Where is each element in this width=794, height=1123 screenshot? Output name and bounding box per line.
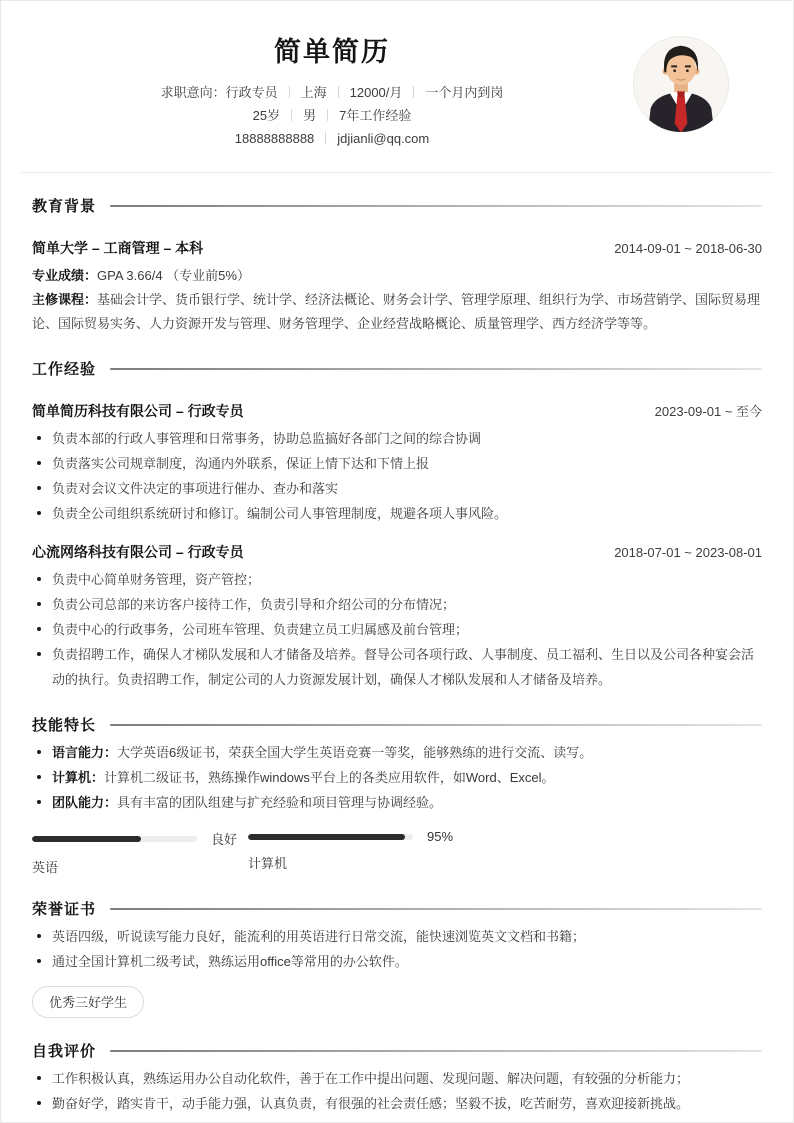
separator: [413, 86, 414, 98]
job-entry: 心流网络科技有限公司 – 行政专员 2018-07-01 ~ 2023-08-0…: [32, 542, 762, 692]
skill-bar-english: 良好 英语: [32, 829, 248, 876]
gpa-label: 专业成绩：: [32, 268, 97, 283]
avatar-container: [632, 35, 762, 133]
section-rule: [110, 205, 762, 207]
bullet-text: 工作积极认真，熟练运用办公自动化软件，善于在工作中提出问题、发现问题、解决问题，…: [52, 1066, 762, 1091]
bullet-dot: [37, 486, 41, 490]
job-date-range: 2023-09-01 ~ 至今: [655, 401, 762, 420]
bullet-dot: [37, 652, 41, 656]
bullet-text: 英语四级，听说读写能力良好，能流利的用英语进行日常交流，能快速浏览英文文档和书籍…: [52, 924, 762, 949]
bullet-dot: [37, 577, 41, 581]
gender: 男: [303, 108, 316, 123]
contact-row-profile: 25岁男7年工作经验: [32, 104, 632, 127]
bullet-text: 负责对会议文件决定的事项进行催办、查办和落实: [52, 476, 762, 501]
job-bullet-list: 负责中心简单财务管理，资产管控； 负责公司总部的来访客户接待工作，负责引导和介绍…: [32, 567, 762, 692]
resume-page: 简单简历 求职意向：行政专员上海12000/月一个月内到岗 25岁男7年工作经验…: [0, 0, 794, 1123]
bullet-text: 负责公司总部的来访客户接待工作，负责引导和介绍公司的分布情况；: [52, 592, 762, 617]
phone-number: 18888888888: [235, 131, 315, 146]
skill-label: 计算机：: [52, 770, 104, 785]
section-header: 自我评价: [32, 1040, 762, 1061]
skill-bar-level-label: 95%: [427, 829, 453, 844]
bullet-dot: [37, 461, 41, 465]
contact-row-intent: 求职意向：行政专员上海12000/月一个月内到岗: [32, 81, 632, 104]
bullet-dot: [37, 959, 41, 963]
page-title: 简单简历: [32, 37, 632, 67]
company-line: 心流网络科技有限公司 – 行政专员: [32, 542, 244, 562]
section-rule: [110, 908, 762, 910]
bullet-item: 团队能力：具有丰富的团队组建与扩充经验和项目管理与协调经验。: [32, 790, 762, 815]
bullet-dot: [37, 1076, 41, 1080]
skill-text: 计算机二级证书，熟练操作windows平台上的各类应用软件，如Word、Exce…: [104, 770, 554, 785]
honors-bullet-list: 英语四级，听说读写能力良好，能流利的用英语进行日常交流，能快速浏览英文文档和书籍…: [32, 924, 762, 974]
bullet-item: 负责中心的行政事务，公司班车管理、负责建立员工归属感及前台管理；: [32, 617, 762, 642]
salary: 12000/月: [350, 85, 403, 100]
section-skills: 技能特长 语言能力：大学英语6级证书，荣获全国大学生英语竞赛一等奖，能够熟练的进…: [32, 714, 762, 876]
education-entry-head: 简单大学 – 工商管理 – 本科 2014-09-01 ~ 2018-06-30: [32, 238, 762, 258]
job-intent: 求职意向：行政专员: [161, 85, 278, 100]
avatar: [632, 35, 730, 133]
skill-bar-fill: [32, 836, 141, 842]
skill-bar-row: 95%: [248, 829, 464, 844]
degree-line: 简单大学 – 工商管理 – 本科: [32, 238, 203, 258]
skill-text: 大学英语6级证书，荣获全国大学生英语竞赛一等奖，能够熟练的进行交流、读写。: [117, 745, 592, 760]
bullet-item: 计算机：计算机二级证书，熟练操作windows平台上的各类应用软件，如Word、…: [32, 765, 762, 790]
bullet-text: 通过全国计算机二级考试，熟练运用office等常用的办公软件。: [52, 949, 762, 974]
section-rule: [110, 724, 762, 726]
email-address: jdjianli@qq.com: [337, 131, 429, 146]
bullet-dot: [37, 1101, 41, 1105]
section-self-evaluation: 自我评价 工作积极认真，熟练运用办公自动化软件，善于在工作中提出问题、发现问题、…: [32, 1040, 762, 1116]
section-title: 自我评价: [32, 1040, 96, 1061]
bullet-dot: [37, 750, 41, 754]
self-eval-bullet-list: 工作积极认真，熟练运用办公自动化软件，善于在工作中提出问题、发现问题、解决问题，…: [32, 1066, 762, 1116]
company-line: 简单简历科技有限公司 – 行政专员: [32, 401, 244, 421]
bullet-text: 负责中心的行政事务，公司班车管理、负责建立员工归属感及前台管理；: [52, 617, 762, 642]
skill-text: 具有丰富的团队组建与扩充经验和项目管理与协调经验。: [117, 795, 442, 810]
section-education: 教育背景 简单大学 – 工商管理 – 本科 2014-09-01 ~ 2018-…: [32, 195, 762, 336]
education-date-range: 2014-09-01 ~ 2018-06-30: [614, 241, 762, 256]
courses-label: 主修课程：: [32, 292, 97, 307]
city: 上海: [301, 85, 327, 100]
skill-bar-row: 良好: [32, 829, 248, 848]
separator: [327, 109, 328, 121]
skill-bar-name: 英语: [32, 857, 248, 876]
section-rule: [110, 1050, 762, 1052]
section-header: 荣誉证书: [32, 898, 762, 919]
section-honors: 荣誉证书 英语四级，听说读写能力良好，能流利的用英语进行日常交流，能快速浏览英文…: [32, 898, 762, 1018]
section-work: 工作经验 简单简历科技有限公司 – 行政专员 2023-09-01 ~ 至今 负…: [32, 358, 762, 692]
contact-row-contact: 18888888888jdjianli@qq.com: [32, 127, 632, 150]
section-title: 教育背景: [32, 195, 96, 216]
skill-bar-level-label: 良好: [211, 829, 237, 848]
bullet-item: 语言能力：大学英语6级证书，荣获全国大学生英语竞赛一等奖，能够熟练的进行交流、读…: [32, 740, 762, 765]
separator: [289, 86, 290, 98]
job-entry-head: 简单简历科技有限公司 – 行政专员 2023-09-01 ~ 至今: [32, 401, 762, 421]
section-rule: [110, 368, 762, 370]
job-bullet-list: 负责本部的行政人事管理和日常事务，协助总监搞好各部门之间的综合协调 负责落实公司…: [32, 426, 762, 526]
bullet-item: 勤奋好学，踏实肯干，动手能力强，认真负责，有很强的社会责任感；坚毅不拔，吃苦耐劳…: [32, 1091, 762, 1116]
section-header: 技能特长: [32, 714, 762, 735]
bullet-text: 负责全公司组织系统研讨和修订。编制公司人事管理制度，规避各项人事风险。: [52, 501, 762, 526]
bullet-text: 负责本部的行政人事管理和日常事务，协助总监搞好各部门之间的综合协调: [52, 426, 762, 451]
bullet-item: 负责本部的行政人事管理和日常事务，协助总监搞好各部门之间的综合协调: [32, 426, 762, 451]
separator: [338, 86, 339, 98]
courses-row: 主修课程：基础会计学、货币银行学、统计学、经济法概论、财务会计学、管理学原理、组…: [32, 288, 762, 336]
header: 简单简历 求职意向：行政专员上海12000/月一个月内到岗 25岁男7年工作经验…: [32, 35, 762, 150]
bullet-dot: [37, 511, 41, 515]
experience-years: 7年工作经验: [339, 108, 411, 123]
skill-bar-computer: 95% 计算机: [248, 829, 464, 876]
age: 25岁: [253, 108, 280, 123]
bullet-item: 负责招聘工作，确保人才梯队发展和人才储备及培养。督导公司各项行政、人事制度、员工…: [32, 642, 762, 692]
bullet-item: 负责全公司组织系统研讨和修订。编制公司人事管理制度，规避各项人事风险。: [32, 501, 762, 526]
bullet-dot: [37, 627, 41, 631]
bullet-text: 负责中心简单财务管理，资产管控；: [52, 567, 762, 592]
bullet-dot: [37, 602, 41, 606]
bullet-text: 勤奋好学，踏实肯干，动手能力强，认真负责，有很强的社会责任感；坚毅不拔，吃苦耐劳…: [52, 1091, 762, 1116]
skill-bars: 良好 英语 95% 计算机: [32, 829, 762, 876]
skills-bullet-list: 语言能力：大学英语6级证书，荣获全国大学生英语竞赛一等奖，能够熟练的进行交流、读…: [32, 740, 762, 815]
bullet-item: 英语四级，听说读写能力良好，能流利的用英语进行日常交流，能快速浏览英文文档和书籍…: [32, 924, 762, 949]
bullet-dot: [37, 436, 41, 440]
header-text-block: 简单简历 求职意向：行政专员上海12000/月一个月内到岗 25岁男7年工作经验…: [32, 35, 632, 150]
bullet-dot: [37, 800, 41, 804]
section-title: 荣誉证书: [32, 898, 96, 919]
skill-bar-track: [248, 834, 413, 840]
gpa-value: GPA 3.66/4 （专业前5%）: [97, 268, 250, 283]
section-title: 工作经验: [32, 358, 96, 379]
bullet-item: 工作积极认真，熟练运用办公自动化软件，善于在工作中提出问题、发现问题、解决问题，…: [32, 1066, 762, 1091]
skill-label: 语言能力：: [52, 745, 117, 760]
separator: [291, 109, 292, 121]
education-details: 专业成绩：GPA 3.66/4 （专业前5%） 主修课程：基础会计学、货币银行学…: [32, 264, 762, 336]
section-title: 技能特长: [32, 714, 96, 735]
skill-bar-name: 计算机: [248, 853, 464, 872]
header-divider: [21, 172, 773, 173]
honor-tag: 优秀三好学生: [32, 986, 144, 1018]
bullet-item: 负责中心简单财务管理，资产管控；: [32, 567, 762, 592]
job-date-range: 2018-07-01 ~ 2023-08-01: [614, 545, 762, 560]
skill-bar-track: [32, 836, 197, 842]
section-header: 工作经验: [32, 358, 762, 379]
availability: 一个月内到岗: [425, 85, 503, 100]
gpa-row: 专业成绩：GPA 3.66/4 （专业前5%）: [32, 264, 762, 288]
bullet-item: 负责落实公司规章制度，沟通内外联系，保证上情下达和下情上报: [32, 451, 762, 476]
courses-value: 基础会计学、货币银行学、统计学、经济法概论、财务会计学、管理学原理、组织行为学、…: [32, 292, 760, 331]
job-entry-head: 心流网络科技有限公司 – 行政专员 2018-07-01 ~ 2023-08-0…: [32, 542, 762, 562]
bullet-item: 负责公司总部的来访客户接待工作，负责引导和介绍公司的分布情况；: [32, 592, 762, 617]
section-header: 教育背景: [32, 195, 762, 216]
skill-bar-fill: [248, 834, 405, 840]
skill-label: 团队能力：: [52, 795, 117, 810]
bullet-text: 负责招聘工作，确保人才梯队发展和人才储备及培养。督导公司各项行政、人事制度、员工…: [52, 642, 762, 692]
bullet-item: 负责对会议文件决定的事项进行催办、查办和落实: [32, 476, 762, 501]
job-entry: 简单简历科技有限公司 – 行政专员 2023-09-01 ~ 至今 负责本部的行…: [32, 401, 762, 526]
bullet-text: 负责落实公司规章制度，沟通内外联系，保证上情下达和下情上报: [52, 451, 762, 476]
bullet-item: 通过全国计算机二级考试，熟练运用office等常用的办公软件。: [32, 949, 762, 974]
bullet-dot: [37, 775, 41, 779]
separator: [325, 132, 326, 144]
bullet-dot: [37, 934, 41, 938]
